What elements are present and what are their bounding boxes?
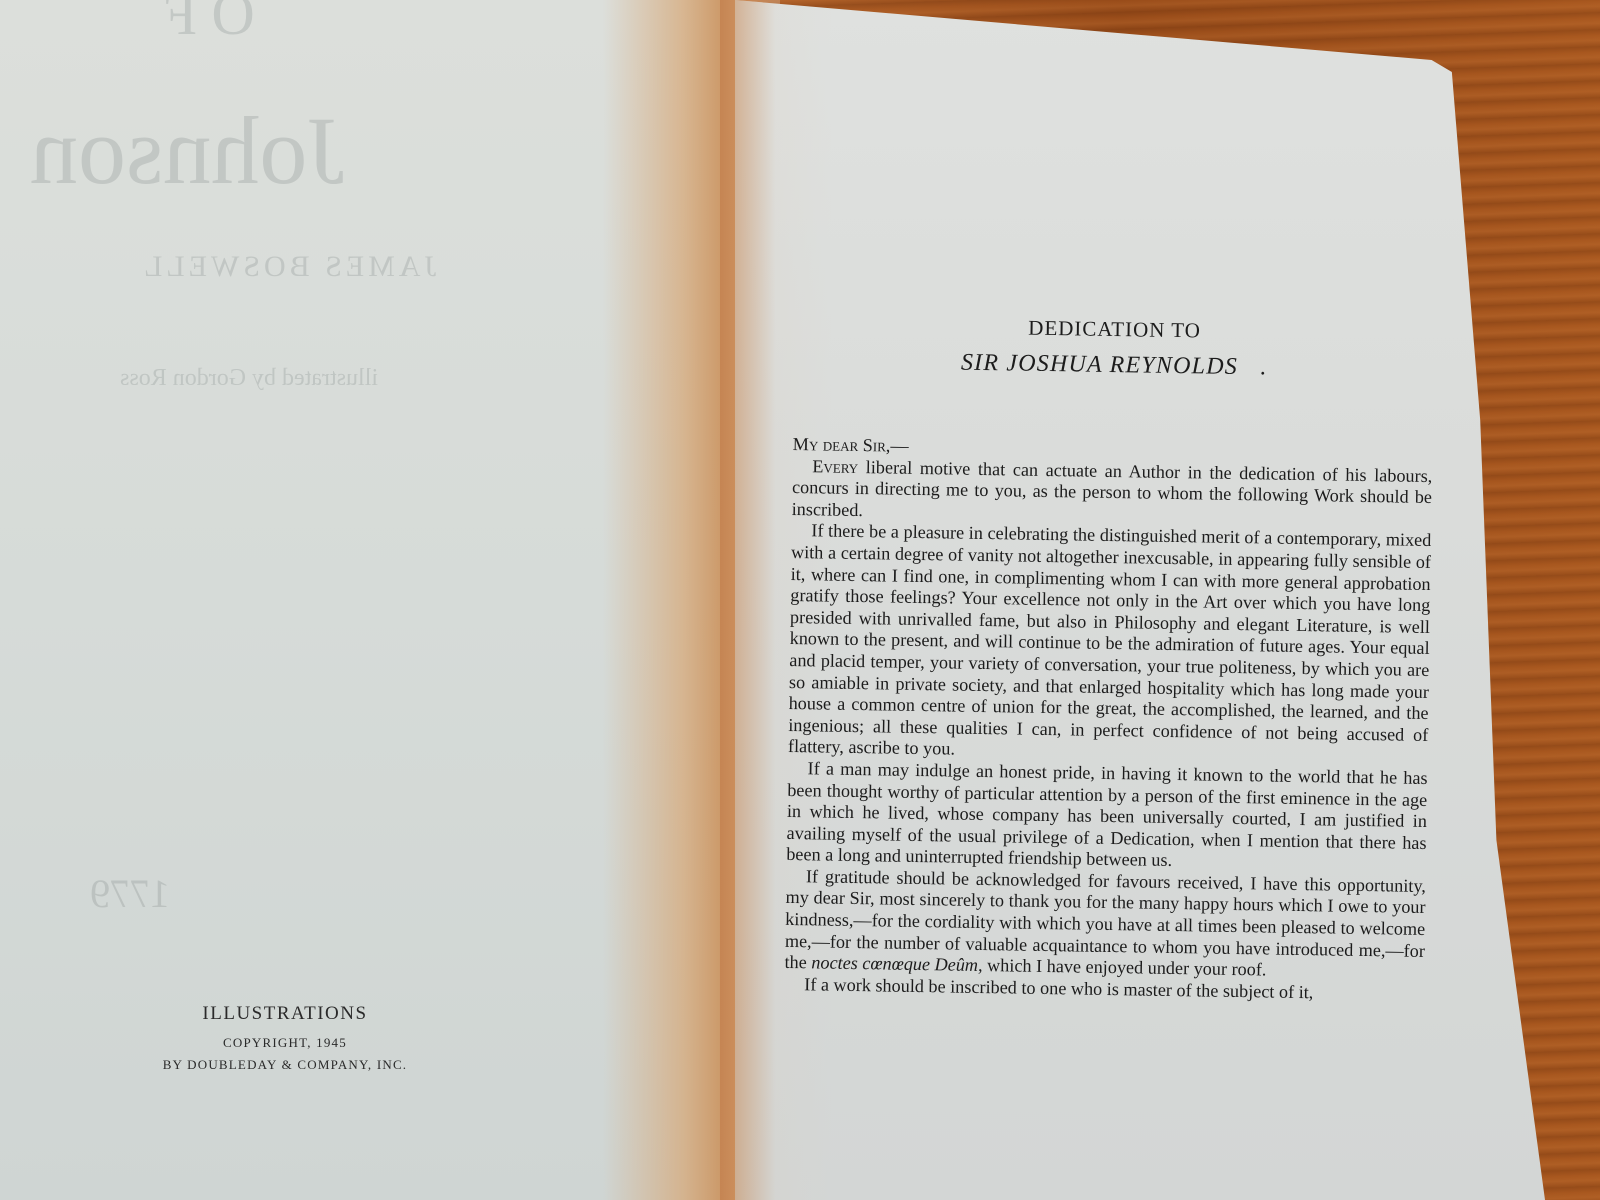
dedication-heading: DEDICATION TO SIR JOSHUA REYNOLDS. (884, 313, 1345, 382)
heading-dot: . (1260, 354, 1268, 381)
copyright-line: COPYRIGHT, 1945 (130, 1035, 440, 1051)
show-through-subline: illustrated by Gordon Ross (120, 365, 378, 392)
show-through-byline: JAMES BOSWELL (140, 250, 436, 284)
dedication-body: My dear Sir,— Every liberal motive that … (784, 434, 1433, 1005)
paragraph: If gratitude should be acknowledged for … (784, 866, 1426, 984)
paragraph-text: liberal motive that can actuate an Autho… (792, 457, 1433, 520)
paragraph-text: which I have enjoyed under your roof. (982, 955, 1266, 979)
illustrations-label: ILLUSTRATIONS (130, 1003, 440, 1025)
show-through-low: 1779 (90, 870, 170, 917)
heading-name: SIR JOSHUA REYNOLDS (961, 350, 1238, 380)
show-through-top: OF (150, 0, 255, 49)
heading-line-1: DEDICATION TO (884, 313, 1344, 345)
paragraph: Every liberal motive that can actuate an… (792, 456, 1433, 531)
paragraph-lead: Every (812, 456, 858, 477)
copyright-block: ILLUSTRATIONS COPYRIGHT, 1945 BY DOUBLED… (130, 1003, 440, 1073)
paragraph: If a man may indulge an honest pride, in… (786, 758, 1428, 876)
publisher-line: BY DOUBLEDAY & COMPANY, INC. (130, 1057, 440, 1073)
heading-line-2: SIR JOSHUA REYNOLDS. (884, 348, 1344, 382)
latin-phrase: noctes cœnœque Deûm, (811, 953, 983, 976)
show-through-title: Johnson (30, 95, 345, 206)
dedication-text-block: DEDICATION TO SIR JOSHUA REYNOLDS. My de… (784, 300, 1435, 1005)
left-page: OF Johnson JAMES BOSWELL illustrated by … (0, 0, 735, 1200)
paragraph: If there be a pleasure in celebrating th… (788, 520, 1432, 768)
